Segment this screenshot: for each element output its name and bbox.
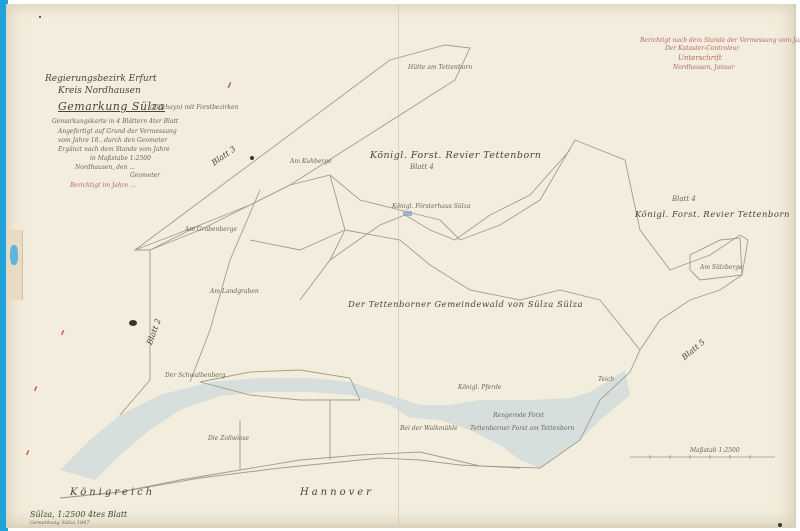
- boundary-creek-2: [250, 230, 345, 250]
- label-border-kingdom: Königreich: [70, 487, 155, 498]
- label-sheet-sub: Gemarkung Sülza 1847: [30, 520, 90, 526]
- forest-house-marker: [403, 211, 412, 216]
- boundary-east-plot: [690, 238, 742, 280]
- title-note-5: in Maßstabe 1:2500: [90, 155, 151, 162]
- label-lower-area-3: Tettenborner Forst am Tettenborn: [470, 425, 574, 432]
- title-note-1: Gemarkungskarte in 4 Blättern 4ter Blatt: [52, 118, 178, 125]
- boundary-inner-3: [300, 175, 345, 300]
- correction-note-4: Nordhausen, Januar: [673, 64, 734, 71]
- label-meadow-area: Die Zollwiese: [208, 435, 249, 442]
- title-note-3: vom Jahre 18.. durch den Geometer: [58, 137, 167, 144]
- label-lower-area-2: Rengerode Forst: [493, 412, 544, 419]
- label-wood-area: Am Grabenberge: [185, 226, 237, 233]
- label-scale: Maßstab 1:2500: [690, 447, 740, 454]
- label-field-area-3: Hütte am Tettenborn: [408, 64, 472, 71]
- title-line-2: Kreis Nordhausen: [58, 86, 141, 96]
- label-forest-east-sheet: Blatt 4: [672, 195, 696, 203]
- label-forest-north: Königl. Forst. Revier Tettenborn: [370, 150, 541, 161]
- label-village-area: Der Schwalbenberg: [165, 372, 225, 379]
- boundary-north-strip: [135, 45, 470, 250]
- label-mill-area: Bei der Walkmühle: [400, 425, 458, 432]
- title-red-note: Berichtigt im Jahre ...: [70, 182, 136, 189]
- correction-note-2: Der Kataster-Controleur: [665, 45, 739, 52]
- label-field-area: Am Kuhberge: [290, 158, 332, 165]
- label-community-forest: Der Tettenborner Gemeindewald von Sülza …: [348, 300, 583, 310]
- correction-note-1: Berichtigt nach dem Stande der Vermessun…: [640, 37, 800, 44]
- label-forest-house: Königl. Försterhaus Sülza: [392, 203, 470, 210]
- label-pond: Teich: [598, 376, 614, 383]
- title-note-7: Geometer: [130, 172, 160, 179]
- scale-bar: [630, 455, 775, 459]
- label-sheet-id: Sülza, 1:2500 4tes Blatt: [30, 510, 127, 519]
- title-line-3-sub: (Sülzhayn) mit Forstbezirken: [150, 104, 238, 111]
- label-lower-area-1: Königl. Pferde: [458, 384, 501, 391]
- boundary-inner-2: [190, 190, 260, 382]
- title-note-2: Angefertigt auf Grund der Vermessung: [58, 128, 177, 135]
- label-field-area-2: Am Landgraben: [210, 288, 259, 295]
- label-forest-north-sheet: Blatt 4: [410, 163, 434, 171]
- label-settlement-east: Am Sülzberge: [700, 264, 743, 271]
- label-forest-east: Königl. Forst. Revier Tettenborn: [635, 210, 790, 220]
- title-note-4: Ergänzt nach dem Stande vom Jahre: [58, 146, 170, 153]
- title-line-3: Gemarkung Sülza: [58, 100, 165, 113]
- boundary-creek-1: [345, 230, 640, 350]
- title-note-6: Nordhausen, den ...: [75, 164, 135, 171]
- correction-note-3: Unterschrift: [678, 54, 722, 62]
- label-border-hannover: Hannover: [300, 487, 374, 498]
- title-line-1: Regierungsbezirk Erfurt: [45, 74, 157, 84]
- boundary-inner-1: [120, 250, 150, 415]
- boundary-main: [60, 140, 748, 498]
